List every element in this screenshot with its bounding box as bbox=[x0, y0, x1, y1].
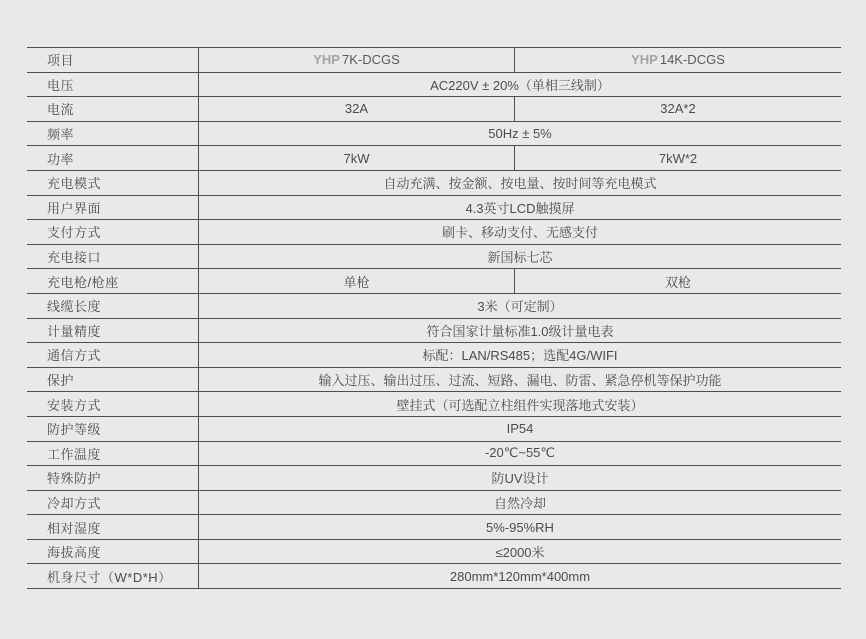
cell-value: IP54 bbox=[199, 417, 841, 441]
table-row: 通信方式标配：LAN/RS485；选配4G/WIFI bbox=[27, 343, 841, 368]
cell-value: 自动充满、按金额、按电量、按时间等充电模式 bbox=[199, 171, 841, 195]
product-spec-table: 项目YHP7K-DCGSYHP14K-DCGS电压AC220V ± 20%（单相… bbox=[27, 47, 841, 589]
cell-value: 标配：LAN/RS485；选配4G/WIFI bbox=[199, 343, 841, 367]
cell-value: 符合国家计量标准1.0级计量电表 bbox=[199, 319, 841, 343]
cell-value: 280mm*120mm*400mm bbox=[199, 564, 841, 588]
row-label: 冷却方式 bbox=[27, 491, 199, 515]
table-row: 线缆长度3米（可定制） bbox=[27, 294, 841, 319]
row-label: 计量精度 bbox=[27, 319, 199, 343]
cell-value: 刷卡、移动支付、无感支付 bbox=[199, 220, 841, 244]
row-label: 防护等级 bbox=[27, 417, 199, 441]
table-row: 相对湿度5%-95%RH bbox=[27, 515, 841, 540]
cell-value: 自然冷却 bbox=[199, 491, 841, 515]
row-label: 充电模式 bbox=[27, 171, 199, 195]
table-row: 频率50Hz ± 5% bbox=[27, 122, 841, 147]
cell-value: YHP7K-DCGS bbox=[199, 48, 515, 72]
row-label: 保护 bbox=[27, 368, 199, 392]
table-row: 项目YHP7K-DCGSYHP14K-DCGS bbox=[27, 48, 841, 73]
row-label: 电流 bbox=[27, 97, 199, 121]
row-label: 线缆长度 bbox=[27, 294, 199, 318]
cell-value: 7kW*2 bbox=[515, 146, 841, 170]
table-row: 防护等级IP54 bbox=[27, 417, 841, 442]
table-row: 功率7kW7kW*2 bbox=[27, 146, 841, 171]
table-row: 海拔高度≤2000米 bbox=[27, 540, 841, 565]
table-row: 冷却方式自然冷却 bbox=[27, 491, 841, 516]
cell-value: 防UV设计 bbox=[199, 466, 841, 490]
row-label: 支付方式 bbox=[27, 220, 199, 244]
row-label: 机身尺寸（W*D*H） bbox=[27, 564, 199, 588]
cell-value: 壁挂式（可选配立柱组件实现落地式安装） bbox=[199, 392, 841, 416]
spec-sheet: { "page": { "background": "#e9e9e9", "bo… bbox=[0, 0, 866, 639]
cell-value: -20℃~55℃ bbox=[199, 442, 841, 466]
cell-value: 50Hz ± 5% bbox=[199, 122, 841, 146]
row-label: 电压 bbox=[27, 73, 199, 97]
table-row: 工作温度-20℃~55℃ bbox=[27, 442, 841, 467]
row-label: 充电枪/枪座 bbox=[27, 269, 199, 293]
table-row: 电流32A32A*2 bbox=[27, 97, 841, 122]
row-label: 海拔高度 bbox=[27, 540, 199, 564]
row-label: 相对湿度 bbox=[27, 515, 199, 539]
brand-label: YHP bbox=[631, 52, 658, 67]
table-row: 电压AC220V ± 20%（单相三线制） bbox=[27, 73, 841, 98]
table-row: 充电枪/枪座单枪双枪 bbox=[27, 269, 841, 294]
row-label: 特殊防护 bbox=[27, 466, 199, 490]
table-row: 机身尺寸（W*D*H）280mm*120mm*400mm bbox=[27, 564, 841, 589]
cell-value: YHP14K-DCGS bbox=[515, 48, 841, 72]
cell-value: 3米（可定制） bbox=[199, 294, 841, 318]
cell-value: ≤2000米 bbox=[199, 540, 841, 564]
row-label: 用户界面 bbox=[27, 196, 199, 220]
row-label: 通信方式 bbox=[27, 343, 199, 367]
table-row: 特殊防护防UV设计 bbox=[27, 466, 841, 491]
row-label: 频率 bbox=[27, 122, 199, 146]
brand-label: YHP bbox=[313, 52, 340, 67]
row-label: 安装方式 bbox=[27, 392, 199, 416]
cell-value: 7kW bbox=[199, 146, 515, 170]
cell-value: 5%-95%RH bbox=[199, 515, 841, 539]
cell-value: 新国标七芯 bbox=[199, 245, 841, 269]
cell-value: 32A bbox=[199, 97, 515, 121]
table-row: 保护输入过压、输出过压、过流、短路、漏电、防雷、紧急停机等保护功能 bbox=[27, 368, 841, 393]
table-row: 充电模式自动充满、按金额、按电量、按时间等充电模式 bbox=[27, 171, 841, 196]
model-label: 7K-DCGS bbox=[342, 52, 400, 67]
cell-value: 双枪 bbox=[515, 269, 841, 293]
table-row: 计量精度符合国家计量标准1.0级计量电表 bbox=[27, 319, 841, 344]
table-row: 用户界面4.3英寸LCD触摸屏 bbox=[27, 196, 841, 221]
model-label: 14K-DCGS bbox=[660, 52, 725, 67]
table-row: 支付方式刷卡、移动支付、无感支付 bbox=[27, 220, 841, 245]
table-row: 安装方式壁挂式（可选配立柱组件实现落地式安装） bbox=[27, 392, 841, 417]
cell-value: 4.3英寸LCD触摸屏 bbox=[199, 196, 841, 220]
row-label: 工作温度 bbox=[27, 442, 199, 466]
table-row: 充电接口新国标七芯 bbox=[27, 245, 841, 270]
row-label: 项目 bbox=[27, 48, 199, 72]
cell-value: 输入过压、输出过压、过流、短路、漏电、防雷、紧急停机等保护功能 bbox=[199, 368, 841, 392]
row-label: 功率 bbox=[27, 146, 199, 170]
row-label: 充电接口 bbox=[27, 245, 199, 269]
cell-value: AC220V ± 20%（单相三线制） bbox=[199, 73, 841, 97]
cell-value: 32A*2 bbox=[515, 97, 841, 121]
cell-value: 单枪 bbox=[199, 269, 515, 293]
